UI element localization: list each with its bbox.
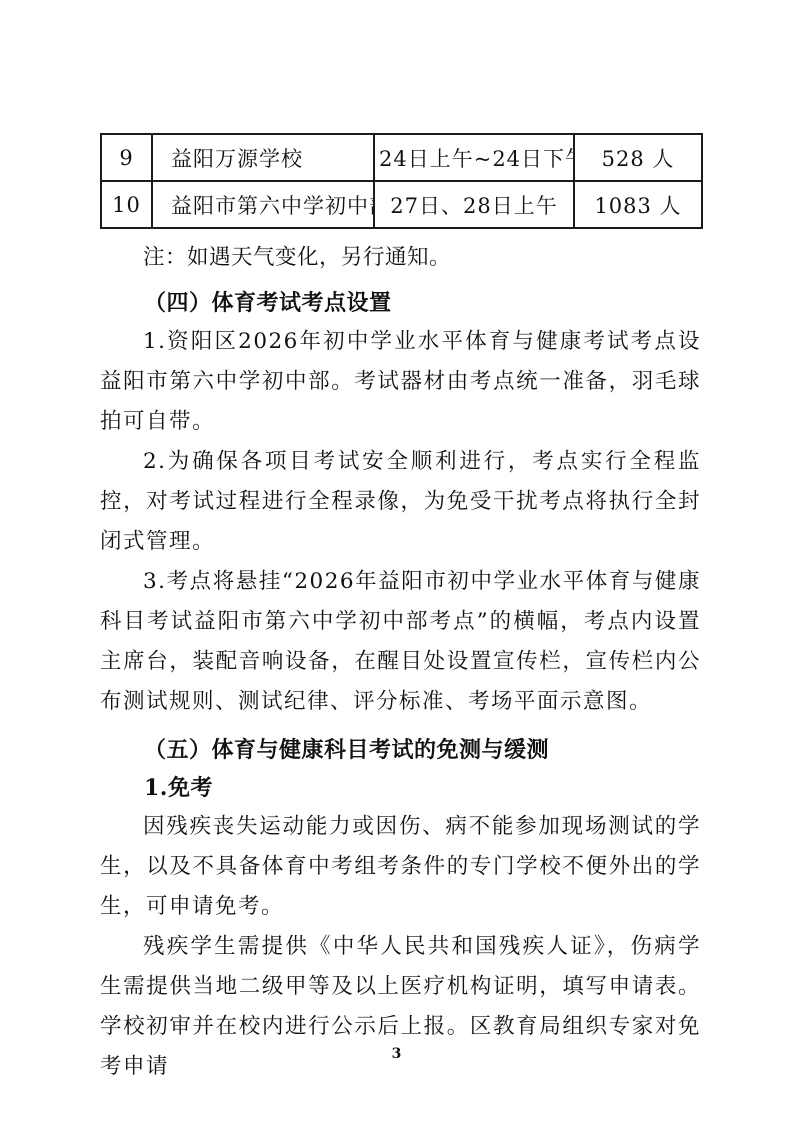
heading-section-5: （五）体育与健康科目考试的免测与缓测: [100, 731, 701, 769]
table-row: 9 益阳万源学校 24日上午~24日下午 528 人: [101, 134, 702, 181]
exam-time-cell: 27日、28日上午: [374, 181, 574, 228]
document-content: 9 益阳万源学校 24日上午~24日下午 528 人 10 益阳市第六中学初中部…: [100, 133, 701, 1087]
student-count-cell: 528 人: [574, 134, 702, 181]
subheading-exemption: 1.免考: [100, 769, 701, 807]
document-page: 9 益阳万源学校 24日上午~24日下午 528 人 10 益阳市第六中学初中部…: [0, 0, 793, 1122]
school-name-cell: 益阳万源学校: [152, 134, 374, 181]
page-number: 3: [0, 1046, 793, 1062]
heading-section-4: （四）体育考试考点设置: [100, 284, 701, 322]
paragraph-exemption-eligibility: 因残疾丧失运动能力或因伤、病不能参加现场测试的学生，以及不具备体育中考组考条件的…: [100, 807, 701, 927]
paragraph-venue-setup: 1.资阳区2026年初中学业水平体育与健康考试考点设益阳市第六中学初中部。考试器…: [100, 322, 701, 442]
row-number-cell: 9: [101, 134, 152, 181]
exam-schedule-table: 9 益阳万源学校 24日上午~24日下午 528 人 10 益阳市第六中学初中部…: [100, 133, 703, 229]
paragraph-monitoring: 2.为确保各项目考试安全顺利进行，考点实行全程监控，对考试过程进行全程录像，为免…: [100, 442, 701, 562]
school-name-cell: 益阳市第六中学初中部: [152, 181, 374, 228]
student-count-cell: 1083 人: [574, 181, 702, 228]
paragraph-exemption-procedure: 残疾学生需提供《中华人民共和国残疾人证》，伤病学生需提供当地二级甲等及以上医疗机…: [100, 927, 701, 1087]
table-row: 10 益阳市第六中学初中部 27日、28日上午 1083 人: [101, 181, 702, 228]
weather-note: 注：如遇天气变化，另行通知。: [100, 241, 701, 275]
exam-time-cell: 24日上午~24日下午: [374, 134, 574, 181]
row-number-cell: 10: [101, 181, 152, 228]
paragraph-banner: 3.考点将悬挂“2026年益阳市初中学业水平体育与健康科目考试益阳市第六中学初中…: [100, 562, 701, 722]
